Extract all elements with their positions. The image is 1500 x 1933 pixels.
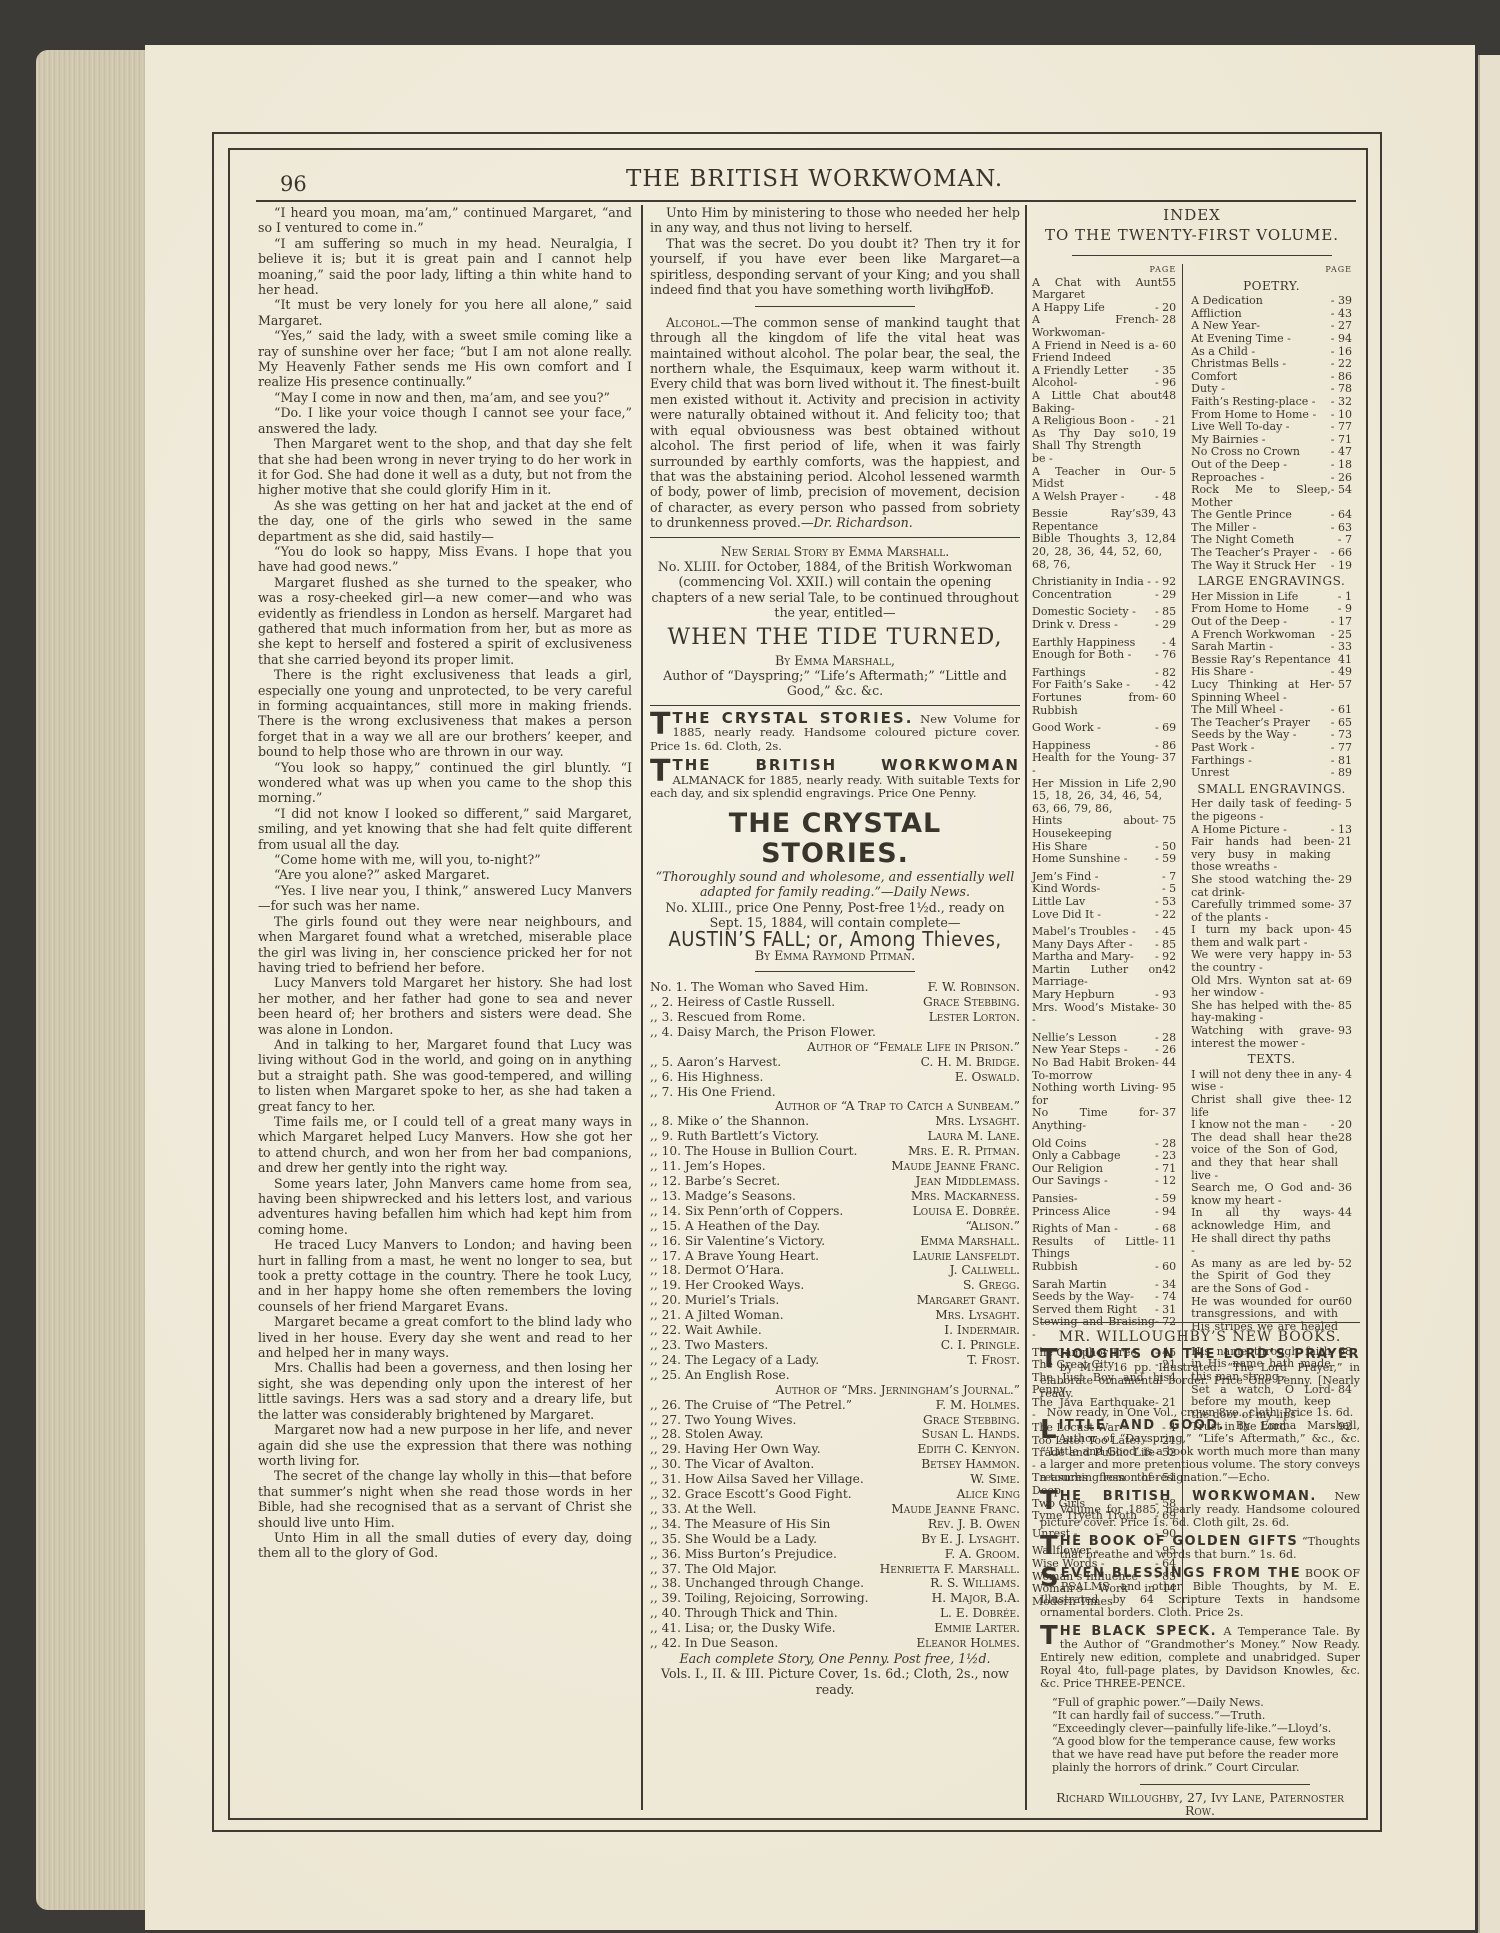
index-entry: I will not deny thee in any wise -- 4	[1191, 1069, 1352, 1094]
story-title: An English Rose.	[685, 1368, 790, 1382]
story-paragraph: The secret of the change lay wholly in t…	[258, 1468, 632, 1530]
index-entry: Unrest- 89	[1191, 767, 1352, 780]
index-entry: A Friend in Need is a Friend Indeed- 60	[1032, 340, 1176, 365]
book-ad: THE BRITISH WORKWOMAN. New Volume for 18…	[1040, 1490, 1360, 1529]
index-entry-title: A Little Chat about Baking-	[1032, 390, 1162, 415]
story-paragraph: The girls found out they were near neigh…	[258, 914, 632, 976]
story-list-item: ,, 11. Jem’s Hopes.Maude Jeanne Franc.	[650, 1159, 1020, 1174]
index-entry-title: Only a Cabbage	[1032, 1150, 1121, 1163]
index-entry-page: - 95	[1155, 1082, 1176, 1107]
index-entry-title: A Chat with Aunt Margaret	[1032, 277, 1162, 302]
story-number: ,, 37.	[650, 1562, 681, 1576]
index-entry-title: Enough for Both -	[1032, 649, 1131, 662]
story-entry: ,, 24. The Legacy of a Lady.	[650, 1353, 819, 1368]
story-number: ,, 35.	[650, 1532, 681, 1546]
story-number: ,, 39.	[650, 1591, 681, 1605]
index-entry-page: 84	[1162, 533, 1176, 571]
story-title: How Ailsa Saved her Village.	[685, 1472, 864, 1486]
story-list-item: ,, 36. Miss Burton’s Prejudice.F. A. Gro…	[650, 1547, 1020, 1562]
story-author-note: Author of “A Trap to Catch a Sunbeam.”	[650, 1099, 1020, 1114]
section-rule	[650, 537, 1020, 538]
story-author: Edith C. Kenyon.	[917, 1442, 1020, 1457]
index-entry: Martin Luther on Marriage-42	[1032, 964, 1176, 989]
story-author: Lester Lorton.	[929, 1010, 1020, 1025]
index-entry: Concentration- 29	[1032, 589, 1176, 602]
index-entry: A Dedication- 39	[1191, 295, 1352, 308]
index-entry-title: Live Well To-day -	[1191, 421, 1289, 434]
poetry-section: POETRY.A Dedication- 39Affliction- 43A N…	[1191, 280, 1352, 573]
index-entry-page: - 5	[1162, 466, 1176, 491]
story-entry: ,, 15. A Heathen of the Day.	[650, 1219, 820, 1234]
index-entry-title: Unrest	[1191, 767, 1229, 780]
index-entry-title: Drink v. Dress -	[1032, 619, 1118, 632]
index-entry-title: Good Work -	[1032, 722, 1101, 735]
index-entry: Little Lav- 53	[1032, 896, 1176, 909]
index-entry: Rock Me to Sleep, Mother- 54	[1191, 484, 1352, 509]
story-entry: ,, 7. His One Friend.	[650, 1085, 776, 1100]
index-entry-title: Princess Alice	[1032, 1206, 1110, 1219]
index-entry: Mrs. Wood’s Mistake -- 30	[1032, 1002, 1176, 1027]
story-title: At the Well.	[685, 1502, 757, 1516]
story-list-item: ,, 29. Having Her Own Way.Edith C. Kenyo…	[650, 1442, 1020, 1457]
dropcap: T	[1040, 1490, 1058, 1512]
index-entry-title: She has helped with the hay-making -	[1191, 1000, 1331, 1025]
story-entry: ,, 30. The Vicar of Avalton.	[650, 1457, 814, 1472]
story-number: ,, 2.	[650, 995, 673, 1009]
index-entry: Nothing worth Living for- 95	[1032, 1082, 1176, 1107]
story-title: Muriel’s Trials.	[685, 1293, 779, 1307]
story-author: Rev. J. B. Owen	[928, 1517, 1020, 1532]
index-entry: She has helped with the hay-making -- 85	[1191, 1000, 1352, 1025]
index-rule	[1072, 255, 1332, 256]
section-rule	[1040, 1322, 1360, 1323]
index-entry: Pansies-- 59	[1032, 1193, 1176, 1206]
story-title: Two Masters.	[685, 1338, 768, 1352]
story-author: R. S. Williams.	[930, 1576, 1020, 1591]
story-author: C. H. M. Bridge.	[921, 1055, 1020, 1070]
story-number: ,, 29.	[650, 1442, 681, 1456]
story-paragraph: There is the right exclusiveness that le…	[258, 667, 632, 759]
story-number: ,, 33.	[650, 1502, 681, 1516]
story-entry: ,, 36. Miss Burton’s Prejudice.	[650, 1547, 837, 1562]
black-speck-reviews: “Full of graphic power.”—Daily News.“It …	[1040, 1696, 1360, 1774]
book-ad: SEVEN BLESSINGS FROM THE BOOK OF PSALMS …	[1040, 1567, 1360, 1619]
story-number: ,, 27.	[650, 1413, 681, 1427]
story-list-item: ,, 4. Daisy March, the Prison Flower.	[650, 1025, 1020, 1040]
story-author: Margaret Grant.	[917, 1293, 1020, 1308]
index-entry-page: 28	[1338, 1132, 1352, 1182]
story-paragraph: “I did not know I looked so different,” …	[258, 806, 632, 852]
story-author: Mrs. Lysaght.	[935, 1308, 1020, 1323]
story-number: ,, 30.	[650, 1457, 681, 1471]
story-author: F. A. Groom.	[945, 1547, 1020, 1562]
story-entry: ,, 17. A Brave Young Heart.	[650, 1249, 819, 1264]
story-list-item: ,, 31. How Ailsa Saved her Village.W. Si…	[650, 1472, 1020, 1487]
index-entry-title: Our Savings -	[1032, 1175, 1108, 1188]
middle-column: Unto Him by ministering to those who nee…	[650, 205, 1020, 1697]
story-title: Having Her Own Way.	[685, 1442, 821, 1456]
story-author: T. Frost.	[967, 1353, 1020, 1368]
story-list-item: ,, 25. An English Rose.	[650, 1368, 1020, 1383]
story-author: J. Callwell.	[950, 1263, 1020, 1278]
story-number: ,, 23.	[650, 1338, 681, 1352]
story-title: Grace Escott’s Good Fight.	[685, 1487, 852, 1501]
index-entry-title: Rights of Man -	[1032, 1223, 1118, 1236]
story-author: Jean Middlemass.	[916, 1174, 1020, 1189]
story-author: L. E. Dobrée.	[940, 1606, 1020, 1621]
index-entry: Home Sunshine -- 59	[1032, 853, 1176, 866]
story-title: Heiress of Castle Russell.	[677, 995, 835, 1009]
index-entry-title: We were very happy in the country -	[1191, 949, 1331, 974]
story-list-item: ,, 23. Two Masters.C. I. Pringle.	[650, 1338, 1020, 1353]
story-column: “I heard you moan, ma’am,” continued Mar…	[258, 205, 632, 1561]
crystal-stories-issue: No. XLIII., price One Penny, Post-free 1…	[650, 900, 1020, 931]
page-column-label: PAGE	[1191, 264, 1352, 277]
story-number: ,, 9.	[650, 1129, 673, 1143]
index-entry-title: The Teacher’s Prayer -	[1191, 547, 1317, 560]
crystal-stories-title: THE CRYSTAL STORIES.	[650, 809, 1020, 869]
story-number: ,, 16.	[650, 1234, 681, 1248]
dropcap: T	[1040, 1535, 1058, 1557]
story-entry: ,, 20. Muriel’s Trials.	[650, 1293, 779, 1308]
index-entry: Live Well To-day -- 77	[1191, 421, 1352, 434]
publisher-address: Richard Willoughby, 27, Ivy Lane, Patern…	[1040, 1791, 1360, 1817]
index-entry-page: - 22	[1331, 358, 1352, 371]
book-ad: THOUGHTS ON THE LORD’S PRAYER by M.E. 16…	[1040, 1348, 1360, 1400]
index-entry-title: Martha and Mary-	[1032, 951, 1134, 964]
ad-heading: THE BRITISH WORKWOMAN	[672, 756, 1020, 774]
index-entry: The Way it Struck Her- 19	[1191, 560, 1352, 573]
index-entry-page: - 20	[1331, 1119, 1352, 1132]
story-author-note: Author of “Female Life in Prison.”	[650, 1040, 1020, 1055]
index-entry: A Teacher in Our Midst- 5	[1032, 466, 1176, 491]
index-entry-title: Nothing worth Living for	[1032, 1082, 1155, 1107]
page-column-label: PAGE	[1032, 264, 1176, 277]
index-entry-page: - 12	[1155, 1175, 1176, 1188]
index-entry: We were very happy in the country -- 53	[1191, 949, 1352, 974]
story-list-item: ,, 27. Two Young Wives.Grace Stebbing.	[650, 1413, 1020, 1428]
story-title: The Legacy of a Lady.	[685, 1353, 819, 1367]
index-entry: Old Mrs. Wynton sat at her window -- 69	[1191, 975, 1352, 1000]
column-divider-right	[1025, 205, 1027, 1810]
story-paragraph: “You do look so happy, Miss Evans. I hop…	[258, 544, 632, 575]
story-paragraph: And in talking to her, Margaret found th…	[258, 1037, 632, 1114]
index-entry-page: - 77	[1331, 742, 1352, 755]
story-title: The Old Major.	[685, 1562, 777, 1576]
story-number: ,, 22.	[650, 1323, 681, 1337]
index-entry: Enough for Both -- 76	[1032, 649, 1176, 662]
story-list-item: ,, 42. In Due Season.Eleanor Holmes.	[650, 1636, 1020, 1651]
index-entry-page: - 29	[1155, 619, 1176, 632]
story-number: ,, 5.	[650, 1055, 673, 1069]
index-entry-page: - 54	[1331, 484, 1352, 509]
story-number: ,, 13.	[650, 1189, 681, 1203]
book-title: HE BLACK SPECK.	[1060, 1624, 1217, 1639]
index-entry-title: Rubbish	[1032, 1261, 1078, 1274]
story-list-item: ,, 13. Madge’s Seasons.Mrs. Mackarness.	[650, 1189, 1020, 1204]
index-letter-group: Mabel’s Troubles -- 45Many Days After --…	[1032, 926, 1176, 1027]
index-entry-page: - 17	[1331, 616, 1352, 629]
story-entry: ,, 12. Barbe’s Secret.	[650, 1174, 780, 1189]
index-entry: No Time for Anything-- 37	[1032, 1107, 1176, 1132]
story-entry: ,, 37. The Old Major.	[650, 1562, 777, 1577]
index-entry: Search me, O God and know my heart -- 36	[1191, 1182, 1352, 1207]
story-author: E. Oswald.	[955, 1070, 1020, 1085]
story-list-item: ,, 41. Lisa; or, the Dusky Wife.Emmie La…	[650, 1621, 1020, 1636]
section-heading: TEXTS.	[1191, 1053, 1352, 1066]
dropcap: L	[1040, 1419, 1057, 1441]
index-title-line-1: INDEX	[1032, 205, 1352, 225]
dropcap: T	[1040, 1625, 1058, 1647]
story-title: Toiling, Rejoicing, Sorrowing.	[685, 1591, 869, 1605]
story-title: Madge’s Seasons.	[685, 1189, 796, 1203]
story-paragraph: Mrs. Challis had been a governess, and t…	[258, 1360, 632, 1422]
index-entry-page: - 92	[1155, 951, 1176, 964]
crystal-stories-ad: THE CRYSTAL STORIES. “Thoroughly sound a…	[650, 809, 1020, 1697]
index-entry: Good Work -- 69	[1032, 722, 1176, 735]
story-author: W. Sime.	[970, 1472, 1020, 1487]
dropcap: S	[1040, 1567, 1059, 1589]
index-entry: A Little Chat about Baking-48	[1032, 390, 1176, 415]
index-entry: Christianity in India -- 92	[1032, 576, 1176, 589]
story-author: F. M. Holmes.	[936, 1398, 1020, 1413]
masthead-title: THE BRITISH WORKWOMAN.	[626, 166, 1003, 192]
book-title: EVEN BLESSINGS FROM THE	[1061, 1566, 1301, 1581]
story-list-item: ,, 16. Sir Valentine’s Victory.Emma Mars…	[650, 1234, 1020, 1249]
story-number: ,, 10.	[650, 1144, 681, 1158]
index-letter-group: Jem’s Find -- 7Kind Words-- 5Little Lav-…	[1032, 871, 1176, 921]
story-list-item: ,, 19. Her Crooked Ways.S. Gregg.	[650, 1278, 1020, 1293]
story-entry: ,, 16. Sir Valentine’s Victory.	[650, 1234, 825, 1249]
index-entry-title: As Thy Day so Shall Thy Strength be -	[1032, 428, 1141, 466]
willoughby-ad-list: THOUGHTS ON THE LORD’S PRAYER by M.E. 16…	[1040, 1348, 1360, 1690]
story-title: Ruth Bartlett’s Victory.	[677, 1129, 819, 1143]
story-paragraph: “May I come in now and then, ma’am, and …	[258, 390, 632, 405]
story-number: ,, 8.	[650, 1114, 673, 1128]
story-entry: ,, 22. Wait Awhile.	[650, 1323, 762, 1338]
index-entry: The dead shall hear the voice of the Son…	[1191, 1132, 1352, 1182]
story-author: Alice King	[957, 1487, 1020, 1502]
index-entry-title: Love Did It -	[1032, 909, 1101, 922]
index-entry-page: - 4	[1338, 1069, 1352, 1094]
index-entry-page: - 37	[1331, 899, 1352, 924]
serial-announcement: New Serial Story by Emma Marshall. No. X…	[650, 544, 1020, 699]
story-number: ,, 14.	[650, 1204, 681, 1218]
serial-author-of: Author of “Dayspring;” “Life’s Aftermath…	[650, 668, 1020, 699]
story-list-item: ,, 17. A Brave Young Heart.Laurie Lansfe…	[650, 1249, 1020, 1264]
story-title: A Brave Young Heart.	[685, 1249, 819, 1263]
story-list-item: ,, 15. A Heathen of the Day.“Alison.”	[650, 1219, 1020, 1234]
story-author: “Alison.”	[965, 1219, 1020, 1234]
story-paragraph: “Do. I like your voice though I cannot s…	[258, 405, 632, 436]
story-title: A Heathen of the Day.	[685, 1219, 820, 1233]
page-number: 96	[280, 172, 307, 196]
index-letter-group: Good Work -- 69	[1032, 722, 1176, 735]
story-author: By E. J. Lysaght.	[921, 1532, 1020, 1547]
story-list-item: No. 1. The Woman who Saved Him.F. W. Rob…	[650, 980, 1020, 995]
index-entry-title: Martin Luther on Marriage-	[1032, 964, 1162, 989]
index-entry-page: - 64	[1331, 509, 1352, 522]
review-quote: “A good blow for the temperance cause, f…	[1040, 1735, 1360, 1774]
story-number: ,, 41.	[650, 1621, 681, 1635]
index-entry-title: Faith’s Resting-place -	[1191, 396, 1315, 409]
index-entry-title: Search me, O God and know my heart -	[1191, 1182, 1331, 1207]
story-title: Jem’s Hopes.	[685, 1159, 766, 1173]
review-quote: “It can hardly fail of success.”—Truth.	[1040, 1709, 1360, 1722]
story-author: Henrietta F. Marshall.	[880, 1562, 1020, 1577]
story-author: Mrs. Mackarness.	[911, 1189, 1020, 1204]
story-entry: ,, 38. Unchanged through Change.	[650, 1576, 864, 1591]
index-entry-title: I will not deny thee in any wise -	[1191, 1069, 1338, 1094]
index-title: INDEX TO THE TWENTY-FIRST VOLUME.	[1032, 205, 1352, 245]
index-entry-page: - 59	[1155, 853, 1176, 866]
story-paragraph: Lucy Manvers told Margaret her history. …	[258, 975, 632, 1037]
index-entry: Our Savings -- 12	[1032, 1175, 1176, 1188]
story-paragraph: Margaret now had a new purpose in her li…	[258, 1422, 632, 1468]
story-number: ,, 38.	[650, 1576, 681, 1590]
story-number: ,, 26.	[650, 1398, 681, 1412]
index-entry-page: - 92	[1155, 576, 1176, 589]
story-list-item: ,, 8. Mike o’ the Shannon.Mrs. Lysaght.	[650, 1114, 1020, 1129]
story-title: Lisa; or, the Dusky Wife.	[685, 1621, 836, 1635]
story-title: The Vicar of Avalton.	[685, 1457, 814, 1471]
index-entry: The Teacher’s Prayer -- 66	[1191, 547, 1352, 560]
serial-title: WHEN THE TIDE TURNED,	[650, 625, 1020, 651]
index-entry-title: The Gentle Prince	[1191, 509, 1292, 522]
index-entry: The Gentle Prince- 64	[1191, 509, 1352, 522]
story-entry: ,, 18. Dermot O’Hara.	[650, 1263, 784, 1278]
story-number: ,, 19.	[650, 1278, 681, 1292]
story-number: ,, 7.	[650, 1085, 673, 1099]
index-entry: Her Mission in Life 2, 15, 18, 26, 34, 4…	[1032, 778, 1176, 816]
story-number: ,, 42.	[650, 1636, 681, 1650]
index-entry-page: 55	[1162, 277, 1176, 302]
index-entry-page: - 12	[1331, 1094, 1352, 1119]
story-title: Rescued from Rome.	[677, 1010, 805, 1024]
index-entry: Christmas Bells -- 22	[1191, 358, 1352, 371]
story-title: The Woman who Saved Him.	[691, 980, 869, 994]
index-entry-page: - 30	[1155, 1002, 1176, 1027]
index-entry-title: Concentration	[1032, 589, 1112, 602]
story-title: His Highness.	[677, 1070, 763, 1084]
story-number: ,, 12.	[650, 1174, 681, 1188]
index-entry-page: - 23	[1155, 1150, 1176, 1163]
index-entry-page: - 29	[1155, 589, 1176, 602]
story-list-item: ,, 12. Barbe’s Secret.Jean Middlemass.	[650, 1174, 1020, 1189]
story-list-item: ,, 21. A Jilted Woman.Mrs. Lysaght.	[650, 1308, 1020, 1323]
index-entry-page: - 68	[1155, 1223, 1176, 1236]
story-paragraph: Some years later, John Manvers came home…	[258, 1176, 632, 1238]
index-entry-page: - 60	[1155, 1261, 1176, 1274]
index-entry-page: - 53	[1155, 896, 1176, 909]
story-author: Maude Jeanne Franc.	[891, 1159, 1020, 1174]
index-entry-page: - 21	[1331, 836, 1352, 874]
index-entry-page: - 89	[1331, 767, 1352, 780]
index-entry-page: - 33	[1331, 641, 1352, 654]
story-number: ,, 32.	[650, 1487, 681, 1501]
story-title: Sir Valentine’s Victory.	[685, 1234, 825, 1248]
story-paragraph: Then Margaret went to the shop, and that…	[258, 436, 632, 498]
story-entry: ,, 34. The Measure of His Sin	[650, 1517, 830, 1532]
index-entry-title: Fortunes from Rubbish	[1032, 692, 1155, 717]
story-author: Emmie Larter.	[934, 1621, 1020, 1636]
story-list-item: ,, 40. Through Thick and Thin.L. E. Dobr…	[650, 1606, 1020, 1621]
index-entry: Drink v. Dress -- 29	[1032, 619, 1176, 632]
story-title: Six Penn’orth of Coppers.	[685, 1204, 843, 1218]
story-paragraph: “It must be very lonely for you here all…	[258, 297, 632, 328]
index-letter-group: Nellie’s Lesson- 28New Year Steps -- 26N…	[1032, 1032, 1176, 1133]
book-title: HE BOOK OF GOLDEN GIFTS	[1060, 1534, 1299, 1549]
story-title: The House in Bullion Court.	[685, 1144, 858, 1158]
story-number: ,, 3.	[650, 1010, 673, 1024]
index-entry-page: - 44	[1331, 1207, 1352, 1257]
story-list-item: ,, 5. Aaron’s Harvest.C. H. M. Bridge.	[650, 1055, 1020, 1070]
index-entry: Rubbish- 60	[1032, 1261, 1176, 1274]
story-paragraph: Unto Him in all the small duties of ever…	[258, 1530, 632, 1561]
index-entry-title: A Teacher in Our Midst	[1032, 466, 1162, 491]
index-entry-page: - 36	[1331, 1182, 1352, 1207]
index-entry-title: No Time for Anything-	[1032, 1107, 1155, 1132]
index-entry-page: 42	[1162, 964, 1176, 989]
index-entry-title: Out of the Deep -	[1191, 616, 1287, 629]
story-paragraph: “Yes. I live near you, I think,” answere…	[258, 883, 632, 914]
story-list-item: ,, 32. Grace Escott’s Good Fight.Alice K…	[650, 1487, 1020, 1502]
story-list-item: ,, 26. The Cruise of “The Petrel.”F. M. …	[650, 1398, 1020, 1413]
story-paragraph: “I am suffering so much in my head. Neur…	[258, 236, 632, 298]
story-list-item: ,, 34. The Measure of His SinRev. J. B. …	[650, 1517, 1020, 1532]
index-entry-title: Christ shall give thee life	[1191, 1094, 1331, 1119]
index-entry-page: - 93	[1331, 1025, 1352, 1050]
index-entry-page: - 19	[1331, 560, 1352, 573]
story-author: Laurie Lansfeldt.	[913, 1249, 1020, 1264]
willoughby-books-ad: MR. WILLOUGHBY’S NEW BOOKS. THOUGHTS ON …	[1040, 1330, 1360, 1817]
index-entry-title: A Religious Boon -	[1032, 415, 1134, 428]
feature-story-title: AUSTIN’S FALL; or, Among Thieves,	[650, 932, 1020, 947]
index-entry-page: - 5	[1338, 798, 1352, 823]
index-entry-page: 10, 19	[1141, 428, 1176, 466]
story-title: Aaron’s Harvest.	[677, 1055, 781, 1069]
index-entry-page: - 94	[1155, 1206, 1176, 1219]
index-entry-title: Pansies-	[1032, 1193, 1078, 1206]
price-note: Each complete Story, One Penny. Post fre…	[650, 1651, 1020, 1666]
story-author: Emma Marshall.	[920, 1234, 1020, 1249]
index-entry: Out of the Deep -- 18	[1191, 459, 1352, 472]
index-entry-page: - 44	[1155, 1057, 1176, 1082]
story-paragraph: Margaret became a great comfort to the b…	[258, 1314, 632, 1360]
story-entry: ,, 28. Stolen Away.	[650, 1427, 763, 1442]
story-number: ,, 24.	[650, 1353, 681, 1367]
story-entry: ,, 8. Mike o’ the Shannon.	[650, 1114, 809, 1129]
story-author: Mrs. Lysaght.	[935, 1114, 1020, 1129]
story-title: Through Thick and Thin.	[685, 1606, 838, 1620]
story-title: Dermot O’Hara.	[685, 1263, 784, 1277]
ad-crystal-volume: TTHE CRYSTAL STORIES. New Volume for 188…	[650, 712, 1020, 754]
index-entry-title: A Friend in Need is a Friend Indeed	[1032, 340, 1155, 365]
index-letter-group: Old Coins- 28Only a Cabbage- 23Our Relig…	[1032, 1138, 1176, 1188]
index-entry-page: - 94	[1331, 333, 1352, 346]
index-letter-group: Earthly Happiness- 4Enough for Both -- 7…	[1032, 637, 1176, 662]
index-entry-title: Bible Thoughts 3, 12, 20, 28, 36, 44, 52…	[1032, 533, 1162, 571]
index-entry: Carefully trimmed some of the plants -- …	[1191, 899, 1352, 924]
page-header: 96 THE BRITISH WORKWOMAN.	[256, 160, 1356, 202]
story-title: The Measure of His Sin	[685, 1517, 831, 1531]
index-entry-title: Her daily task of feeding the pigeons -	[1191, 798, 1338, 823]
review-quote: “Exceedingly clever—painfully life-like.…	[1040, 1722, 1360, 1735]
index-entry-title: The Mill Wheel -	[1191, 704, 1283, 717]
story-entry: ,, 29. Having Her Own Way.	[650, 1442, 821, 1457]
index-entry: At Evening Time -- 94	[1191, 333, 1352, 346]
book-title: ITTLE AND GOOD.	[1059, 1418, 1225, 1433]
